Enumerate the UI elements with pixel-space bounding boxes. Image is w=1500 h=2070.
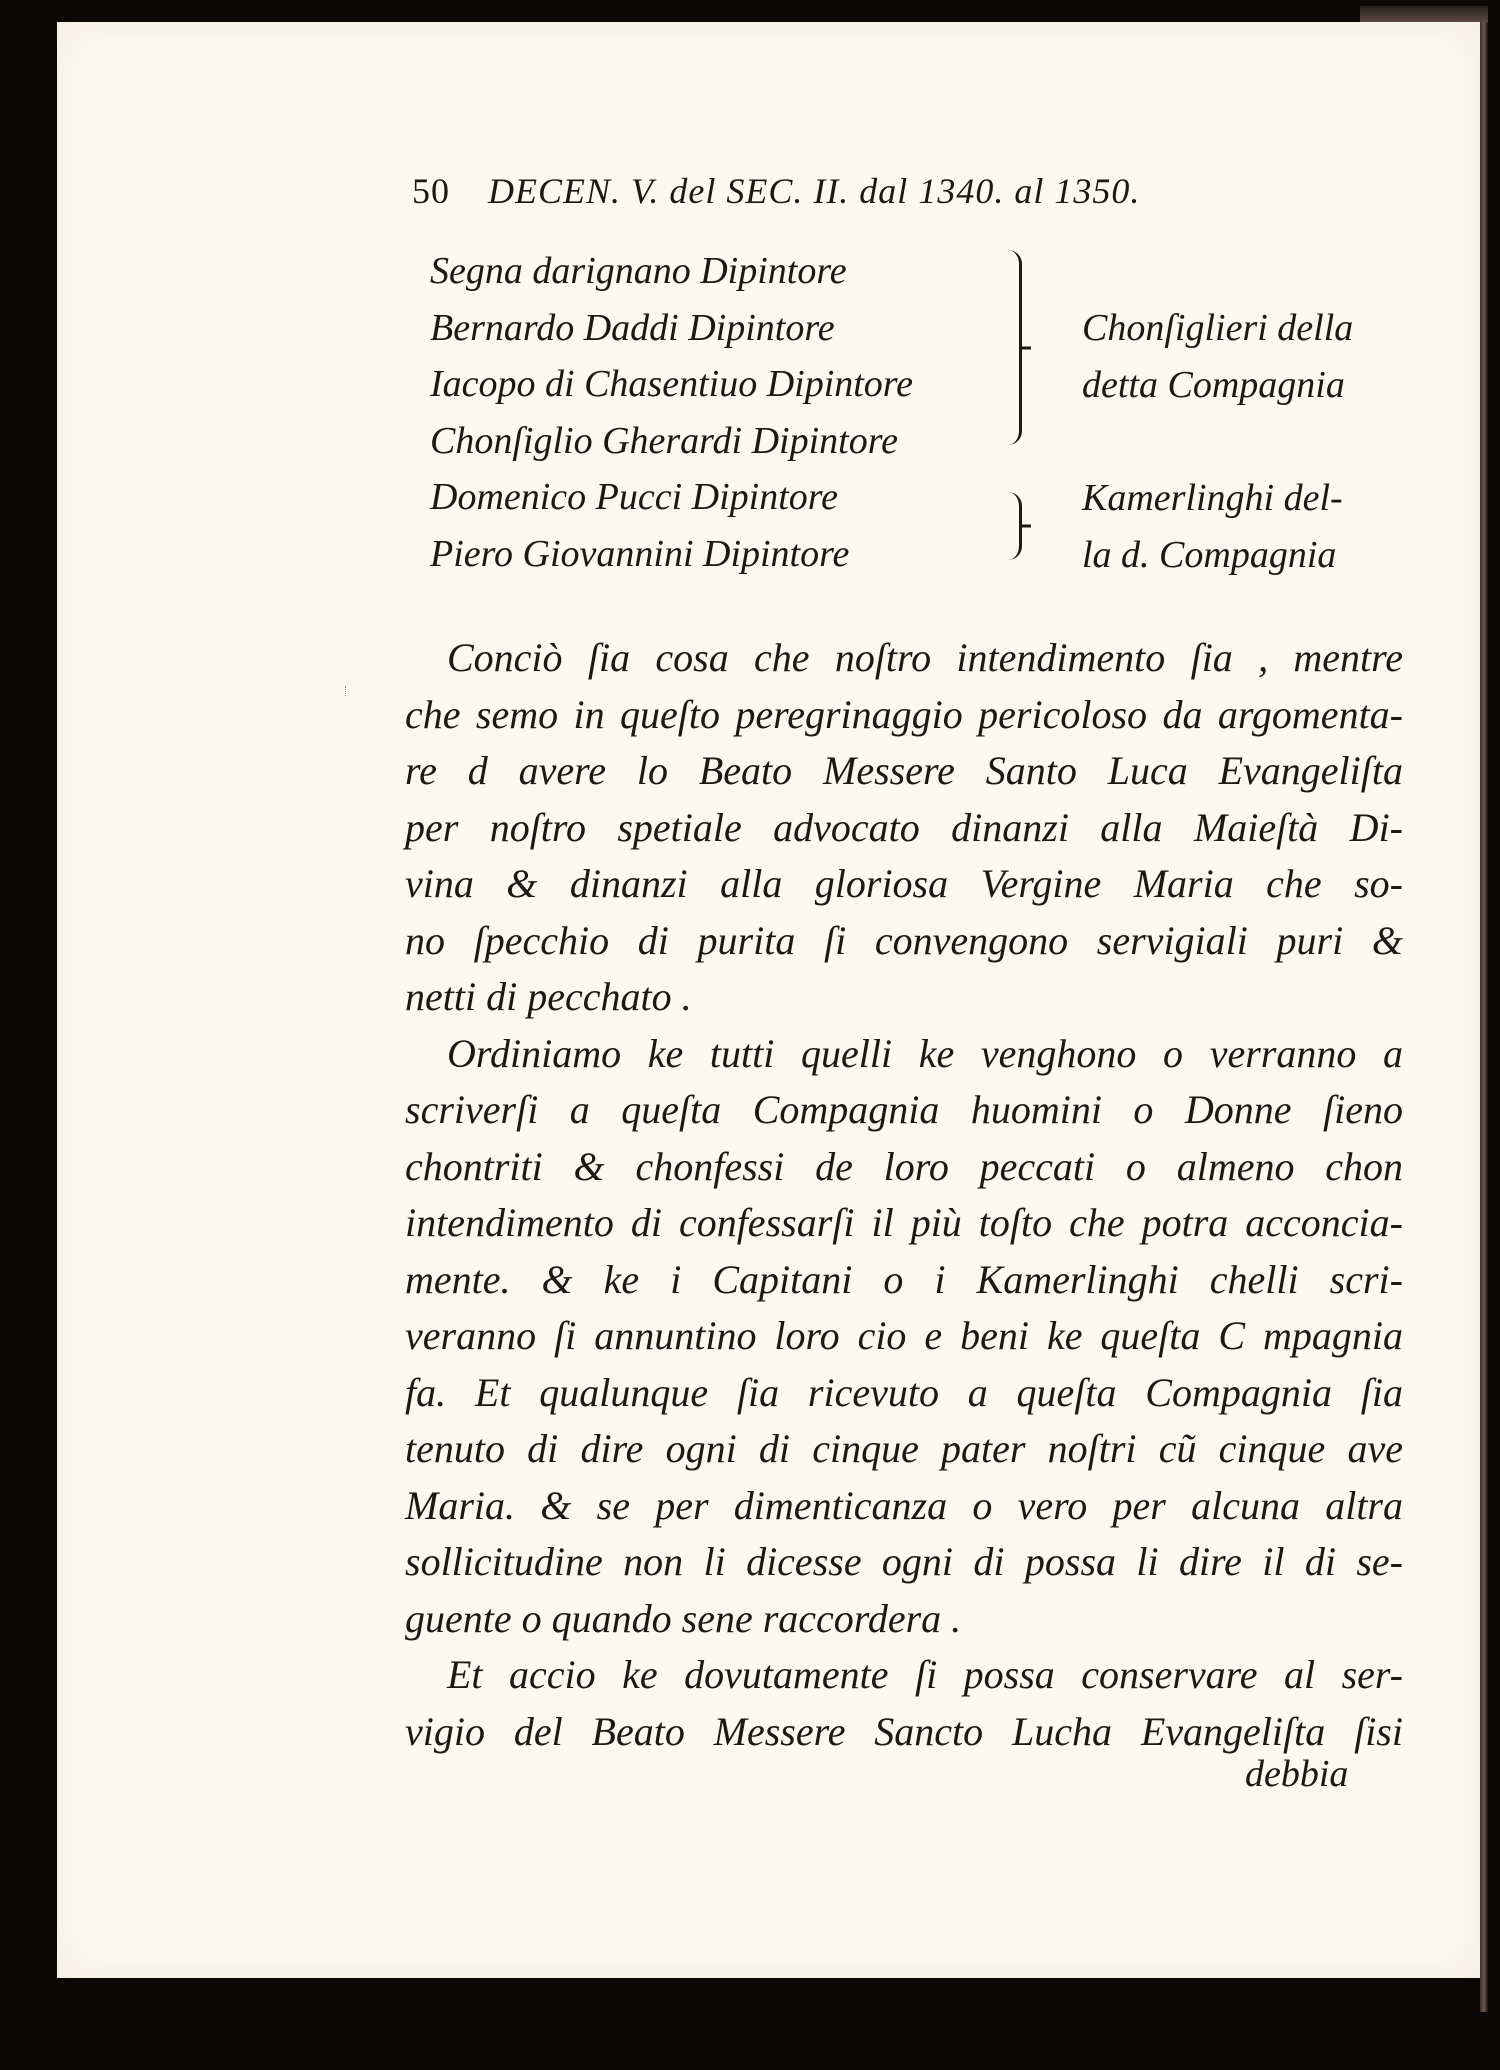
page-edge-top xyxy=(1360,6,1488,22)
running-head: 50 DECEN. V. del SEC. II. dal 1340. al 1… xyxy=(412,170,1140,212)
text-line: Maria. & se per dimenticanza o vero per … xyxy=(405,1478,1403,1535)
text-line: netti di pecchato . xyxy=(405,969,1403,1026)
page-edge-right xyxy=(1480,22,1488,2012)
role-line: la d. Compagnia xyxy=(1082,527,1343,584)
officer-names-list: Segna darignano Dipintore Bernardo Daddi… xyxy=(430,243,913,582)
text-line: veranno ſi annuntino loro cio e beni ke … xyxy=(405,1308,1403,1365)
counsellors-brace xyxy=(1005,250,1022,445)
officer-name: Domenico Pucci Dipintore xyxy=(430,469,913,526)
margin-mark xyxy=(345,686,350,696)
role-line: Chonſiglieri della xyxy=(1082,300,1353,357)
role-line: detta Compagnia xyxy=(1082,357,1353,414)
role-line: Kamerlinghi del- xyxy=(1082,470,1343,527)
text-line: intendimento di confessarſi il più toſto… xyxy=(405,1195,1403,1252)
officer-name: Chonſiglio Gherardi Dipintore xyxy=(430,413,913,470)
treasurers-role: Kamerlinghi del- la d. Compagnia xyxy=(1082,470,1343,583)
text-line: vina & dinanzi alla gloriosa Vergine Mar… xyxy=(405,856,1403,913)
text-line: mente. & ke i Capitani o i Kamerlinghi c… xyxy=(405,1252,1403,1309)
text-line: re d avere lo Beato Messere Santo Luca E… xyxy=(405,743,1403,800)
body-text: Conciò ſia cosa che noſtro intendimento … xyxy=(405,630,1403,1760)
text-line: tenuto di dire ogni di cinque pater noſt… xyxy=(405,1421,1403,1478)
officer-name: Iacopo di Chasentiuo Dipintore xyxy=(430,356,913,413)
text-line: per noſtro spetiale advocato dinanzi all… xyxy=(405,800,1403,857)
text-line: no ſpecchio di purita ſi convengono serv… xyxy=(405,913,1403,970)
text-line: Ordiniamo ke tutti quelli ke venghono o … xyxy=(405,1026,1403,1083)
running-head-title: DECEN. V. del SEC. II. dal 1340. al 1350… xyxy=(488,171,1140,211)
officer-name: Segna darignano Dipintore xyxy=(430,243,913,300)
treasurers-brace xyxy=(1005,492,1022,560)
text-line: che semo in queſto peregrinaggio pericol… xyxy=(405,687,1403,744)
counsellors-role: Chonſiglieri della detta Compagnia xyxy=(1082,300,1353,413)
text-line: chontriti & chonfessi de loro peccati o … xyxy=(405,1139,1403,1196)
catchword: debbia xyxy=(1245,1752,1348,1796)
page-number: 50 xyxy=(412,171,450,211)
text-line: Et accio ke dovutamente ſi possa conserv… xyxy=(405,1647,1403,1704)
text-line: scriverſi a queſta Compagnia huomini o D… xyxy=(405,1082,1403,1139)
text-line: Conciò ſia cosa che noſtro intendimento … xyxy=(405,630,1403,687)
officer-name: Piero Giovannini Dipintore xyxy=(430,526,913,583)
text-line: guente o quando sene raccordera . xyxy=(405,1591,1403,1648)
officer-name: Bernardo Daddi Dipintore xyxy=(430,300,913,357)
text-line: sollicitudine non li dicesse ogni di pos… xyxy=(405,1534,1403,1591)
text-line: fa. Et qualunque ſia ricevuto a queſta C… xyxy=(405,1365,1403,1422)
